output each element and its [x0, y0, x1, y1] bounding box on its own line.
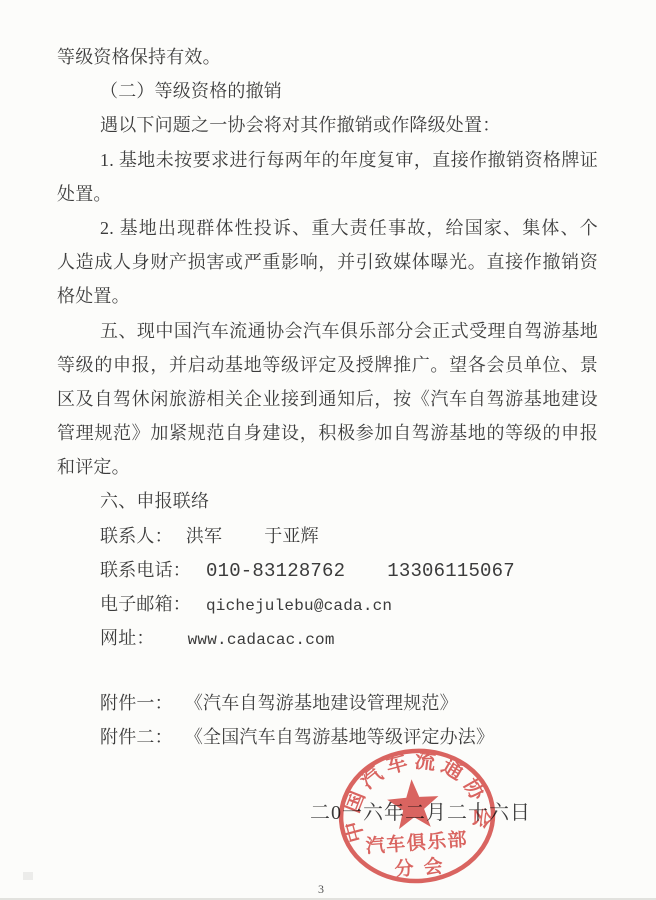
contact-person-line: 联系人：洪军于亚辉 — [57, 519, 598, 553]
star-icon — [386, 778, 441, 830]
contact-email-line: 电子邮箱：qichejulebu@cada.cn — [57, 587, 598, 621]
body-line: 格处置。 — [57, 279, 598, 313]
official-seal-stamp: 中国汽车流通协会 汽车俱乐部 分会 — [331, 739, 503, 892]
contact-email-value: qichejulebu@cada.cn — [206, 597, 392, 615]
contact-person-name-1: 洪军 — [186, 526, 222, 546]
attachment-1-title: 《汽车自驾游基地建设管理规范》 — [194, 693, 458, 713]
body-line: 五、现中国汽车流通协会汽车俱乐部分会正式受理自驾游基地 — [57, 314, 598, 348]
body-line: 等级资格保持有效。 — [57, 40, 598, 74]
contact-website-value: www.cadacac.com — [188, 631, 335, 649]
attachment-2-label: 附件二： — [100, 727, 173, 747]
contact-phone-number-2: 13306115067 — [387, 560, 515, 582]
stamp-inner-line-2: 分会 — [394, 854, 453, 881]
body-line: 遇以下问题之一协会将对其作撤销或作降级处置： — [57, 108, 598, 142]
contact-phone-number-1: 010-83128762 — [206, 560, 345, 582]
contact-website-line: 网址：www.cadacac.com — [57, 621, 598, 655]
scan-smudge — [23, 872, 33, 880]
attachment-1-label: 附件一： — [100, 693, 173, 713]
page-number: 3 — [318, 882, 324, 897]
body-line: 处置。 — [57, 177, 598, 211]
body-line: 和评定。 — [57, 450, 598, 484]
body-line: 1. 基地未按要求进行每两年的年度复审，直接作撤销资格牌证 — [57, 143, 598, 177]
contact-phone-line: 联系电话：010-8312876213306115067 — [57, 553, 598, 587]
contact-website-label: 网址： — [100, 628, 155, 648]
body-line-section-heading: （二）等级资格的撤销 — [57, 74, 598, 108]
body-line-section-heading: 六、申报联络 — [57, 484, 598, 518]
contact-email-label: 电子邮箱： — [100, 594, 191, 614]
attachment-line-1: 附件一：《汽车自驾游基地建设管理规范》 — [100, 686, 494, 720]
stamp-inner-line-1: 汽车俱乐部 — [365, 828, 469, 858]
body-line: 管理规范》加紧规范自身建设，积极参加自驾游基地的等级的申报 — [57, 416, 598, 450]
contact-phone-label: 联系电话： — [100, 560, 191, 580]
document-body: 等级资格保持有效。 （二）等级资格的撤销 遇以下问题之一协会将对其作撤销或作降级… — [57, 40, 598, 655]
body-line: 区及自驾休闲旅游相关企业接到通知后，按《汽车自驾游基地建设 — [57, 382, 598, 416]
contact-person-label: 联系人： — [100, 526, 173, 546]
body-line: 人造成人身财产损害或严重影响，并引致媒体曝光。直接作撤销资 — [57, 245, 598, 279]
contact-person-name-2: 于亚辉 — [264, 526, 319, 546]
body-line: 2. 基地出现群体性投诉、重大责任事故，给国家、集体、个 — [57, 211, 598, 245]
scanned-document-page: 等级资格保持有效。 （二）等级资格的撤销 遇以下问题之一协会将对其作撤销或作降级… — [0, 0, 656, 900]
body-line: 等级的申报，并启动基地等级评定及授牌推广。望各会员单位、景 — [57, 348, 598, 382]
